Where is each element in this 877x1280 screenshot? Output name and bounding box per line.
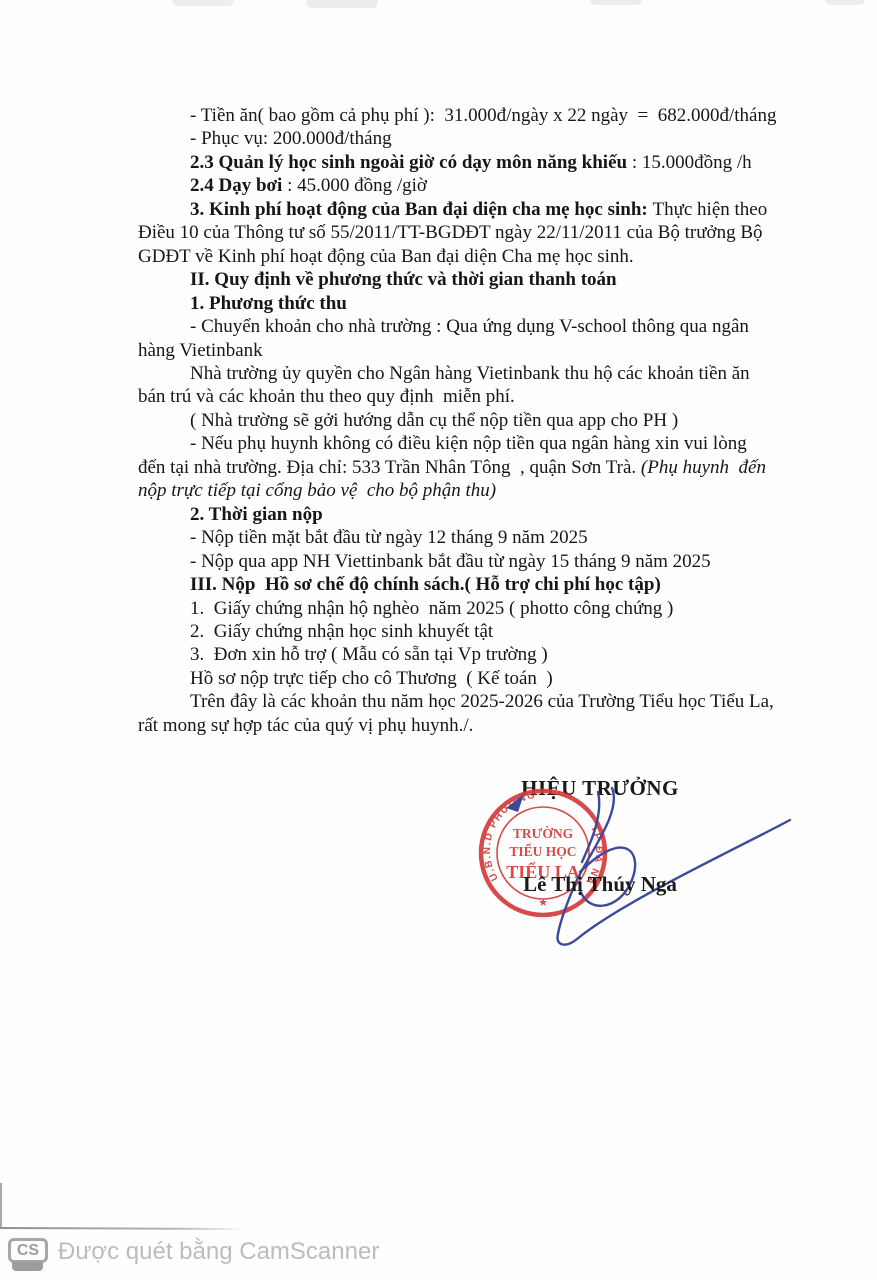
text-segment: Nhà trường ủy quyền cho Ngân hàng Vietin…	[190, 363, 750, 384]
document-line: 3. Đơn xin hỗ trợ ( Mẫu có sẵn tại Vp tr…	[138, 643, 830, 666]
text-segment: Thực hiện theo	[652, 199, 767, 220]
document-line: - Nộp qua app NH Viettinbank bắt đầu từ …	[138, 550, 830, 573]
text-segment: bán trú và các khoản thu theo quy định m…	[138, 386, 515, 407]
text-segment: GDĐT về Kinh phí hoạt động của Ban đại d…	[138, 246, 634, 267]
text-segment: - Chuyển khoản cho nhà trường : Qua ứng …	[190, 316, 749, 337]
text-segment: 3. Đơn xin hỗ trợ ( Mẫu có sẵn tại Vp tr…	[190, 644, 548, 665]
text-segment: Trên đây là các khoản thu năm học 2025-2…	[190, 691, 774, 712]
scan-smudge	[590, 0, 642, 5]
document-line: Hồ sơ nộp trực tiếp cho cô Thương ( Kế t…	[138, 667, 830, 690]
scan-smudge	[172, 0, 234, 6]
document-line: đến tại nhà trường. Địa chỉ: 533 Trần Nh…	[138, 456, 830, 479]
page-edge-vertical	[0, 1183, 2, 1229]
scan-smudge	[825, 0, 865, 5]
document-line: nộp trực tiếp tại cổng bảo vệ cho bộ phậ…	[138, 479, 830, 502]
signature-mark	[506, 794, 524, 812]
text-segment: - Phục vụ: 200.000đ/tháng	[190, 128, 392, 149]
text-segment: : 45.000 đồng /giờ	[287, 175, 427, 196]
text-segment: II. Quy định về phương thức và thời gian…	[190, 269, 617, 290]
text-segment: - Nộp qua app NH Viettinbank bắt đầu từ …	[190, 551, 711, 572]
document-line: Trên đây là các khoản thu năm học 2025-2…	[138, 690, 830, 713]
document-line: Nhà trường ủy quyền cho Ngân hàng Vietin…	[138, 362, 830, 385]
document-line: - Nộp tiền mặt bắt đầu từ ngày 12 tháng …	[138, 526, 830, 549]
text-segment: 2.4 Dạy bơi	[190, 175, 287, 196]
document-line: hàng Vietinbank	[138, 339, 830, 362]
document-line: ( Nhà trường sẽ gởi hướng dẫn cụ thể nộp…	[138, 409, 830, 432]
camscanner-logo-icon: CS	[8, 1238, 48, 1272]
text-segment: đến tại nhà trường. Địa chỉ: 533 Trần Nh…	[138, 457, 641, 478]
text-segment: - Nộp tiền mặt bắt đầu từ ngày 12 tháng …	[190, 527, 588, 548]
text-segment: 1. Giấy chứng nhận hộ nghèo năm 2025 ( p…	[190, 598, 673, 619]
text-segment: 2.3 Quản lý học sinh ngoài giờ có dạy mô…	[190, 152, 632, 173]
camscanner-logo-letters: CS	[8, 1238, 48, 1263]
text-segment: 1. Phương thức thu	[190, 293, 347, 314]
document-line: - Tiền ăn( bao gồm cả phụ phí ): 31.000đ…	[138, 104, 830, 127]
text-segment: - Nếu phụ huynh không có điều kiện nộp t…	[190, 433, 747, 454]
text-segment: hàng Vietinbank	[138, 340, 263, 361]
text-segment: Hồ sơ nộp trực tiếp cho cô Thương ( Kế t…	[190, 668, 553, 689]
text-segment: III. Nộp Hồ sơ chế độ chính sách.( Hỗ tr…	[190, 574, 661, 595]
document-text: - Tiền ăn( bao gồm cả phụ phí ): 31.000đ…	[138, 104, 830, 737]
text-segment: 2. Giấy chứng nhận học sinh khuyết tật	[190, 621, 493, 642]
document-line: Điều 10 của Thông tư số 55/2011/TT-BGDĐT…	[138, 221, 830, 244]
document-line: 3. Kinh phí hoạt động của Ban đại diện c…	[138, 198, 830, 221]
document-line: 1. Phương thức thu	[138, 292, 830, 315]
signature-stroke2	[582, 792, 599, 862]
text-segment: nộp trực tiếp tại cổng bảo vệ cho bộ phậ…	[138, 480, 496, 501]
text-segment: ( Nhà trường sẽ gởi hướng dẫn cụ thể nộp…	[190, 410, 678, 431]
text-segment: Điều 10 của Thông tư số 55/2011/TT-BGDĐT…	[138, 222, 763, 243]
document-line: - Chuyển khoản cho nhà trường : Qua ứng …	[138, 315, 830, 338]
text-segment: rất mong sự hợp tác của quý vị phụ huynh…	[138, 715, 473, 736]
document-line: 2. Thời gian nộp	[138, 503, 830, 526]
handwritten-signature	[430, 770, 800, 970]
scanned-document-page: - Tiền ăn( bao gồm cả phụ phí ): 31.000đ…	[0, 0, 877, 1280]
text-segment: 2. Thời gian nộp	[190, 504, 323, 525]
text-segment: 3. Kinh phí hoạt động của Ban đại diện c…	[190, 199, 652, 220]
document-line: - Phục vụ: 200.000đ/tháng	[138, 127, 830, 150]
text-segment: - Tiền ăn( bao gồm cả phụ phí ): 31.000đ…	[190, 105, 776, 126]
document-line: 2.3 Quản lý học sinh ngoài giờ có dạy mô…	[138, 151, 830, 174]
document-line: GDĐT về Kinh phí hoạt động của Ban đại d…	[138, 245, 830, 268]
camscanner-logo-tab	[12, 1262, 43, 1271]
document-line: II. Quy định về phương thức và thời gian…	[138, 268, 830, 291]
camscanner-watermark: CS Được quét bằng CamScanner	[8, 1238, 379, 1272]
text-segment: : 15.000đồng /h	[632, 152, 752, 173]
signature-stroke	[558, 788, 614, 934]
camscanner-watermark-text: Được quét bằng CamScanner	[58, 1238, 379, 1266]
scan-smudge	[306, 0, 378, 8]
document-line: III. Nộp Hồ sơ chế độ chính sách.( Hỗ tr…	[138, 573, 830, 596]
document-line: rất mong sự hợp tác của quý vị phụ huynh…	[138, 714, 830, 737]
document-line: - Nếu phụ huynh không có điều kiện nộp t…	[138, 432, 830, 455]
text-segment: (Phụ huynh đến	[641, 457, 766, 478]
document-line: 1. Giấy chứng nhận hộ nghèo năm 2025 ( p…	[138, 597, 830, 620]
document-line: bán trú và các khoản thu theo quy định m…	[138, 385, 830, 408]
document-line: 2.4 Dạy bơi : 45.000 đồng /giờ	[138, 174, 830, 197]
page-edge-horizontal	[0, 1227, 248, 1230]
document-line: 2. Giấy chứng nhận học sinh khuyết tật	[138, 620, 830, 643]
signature-name: Lê Thị Thúy Nga	[460, 872, 740, 897]
